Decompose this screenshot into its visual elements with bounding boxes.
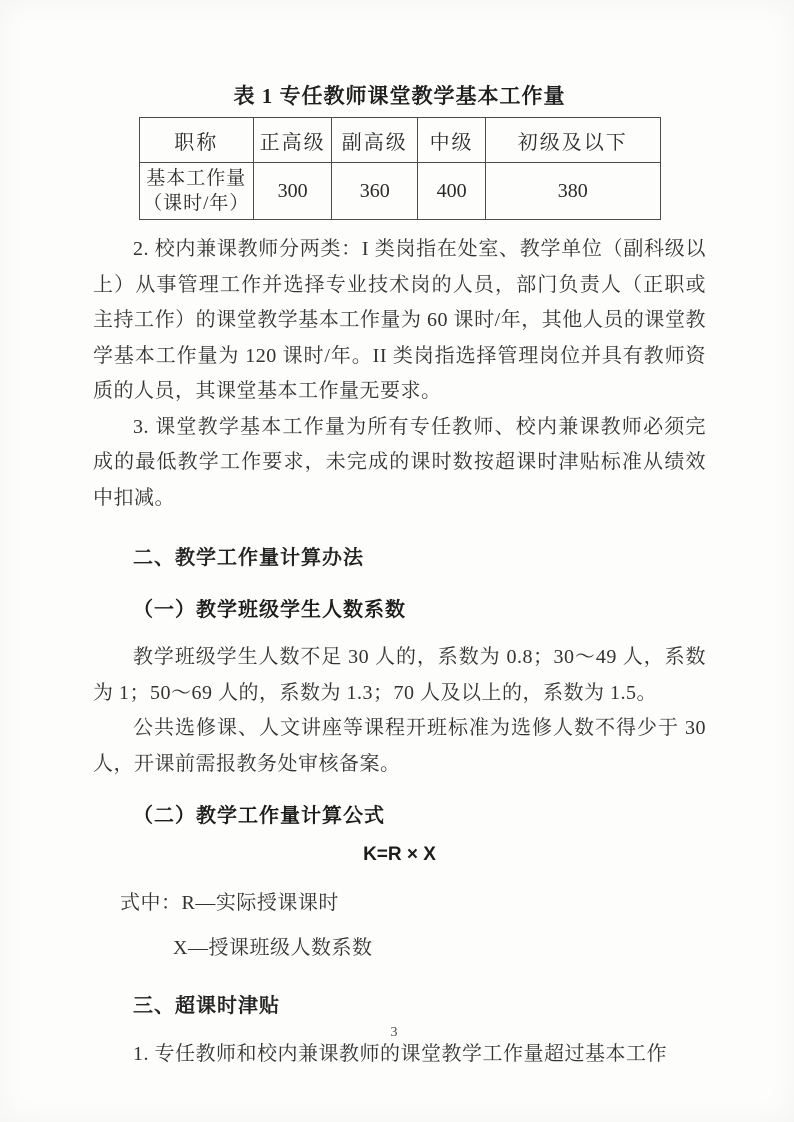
heading-section-3: 三、超课时津贴 bbox=[93, 989, 706, 1018]
paragraph-6: 1. 专任教师和校内兼课教师的课堂教学工作量超过基本工作 bbox=[93, 1037, 706, 1073]
page-number: 3 bbox=[0, 1025, 788, 1041]
document-content: 表 1 专任教师课堂教学基本工作量 职称 正高级 副高级 中级 初级及以下 基本… bbox=[93, 80, 706, 1073]
table-value-intermediate: 400 bbox=[418, 163, 486, 220]
table-data-row: 基本工作量 （课时/年） 300 360 400 380 bbox=[139, 163, 660, 220]
table-row-label-line1: 基本工作量 bbox=[146, 168, 246, 189]
heading-section-2: 二、教学工作量计算办法 bbox=[93, 541, 706, 570]
table-row-label: 基本工作量 （课时/年） bbox=[139, 163, 254, 220]
table-value-senior: 300 bbox=[254, 163, 332, 220]
table-row-label-line2: （课时/年） bbox=[143, 193, 249, 214]
heading-sub-1: （一）教学班级学生人数系数 bbox=[93, 593, 706, 622]
paragraph-5: 公共选修课、人文讲座等课程开班标准为选修人数不得少于 30 人，开课前需报教务处… bbox=[93, 711, 706, 782]
table-header-intermediate: 中级 bbox=[418, 118, 486, 163]
table-header-senior: 正高级 bbox=[254, 118, 332, 163]
table-header-title: 职称 bbox=[139, 118, 254, 163]
document-page: 表 1 专任教师课堂教学基本工作量 职称 正高级 副高级 中级 初级及以下 基本… bbox=[0, 0, 794, 1122]
paragraph-2: 2. 校内兼课教师分两类：I 类岗指在处室、教学单位（副科级以上）从事管理工作并… bbox=[93, 232, 706, 410]
workload-table: 职称 正高级 副高级 中级 初级及以下 基本工作量 （课时/年） 300 360… bbox=[139, 117, 661, 220]
table-header-junior: 初级及以下 bbox=[485, 118, 660, 163]
table-header-associate: 副高级 bbox=[332, 118, 418, 163]
table-value-junior: 380 bbox=[485, 163, 660, 220]
paragraph-3: 3. 课堂教学基本工作量为所有专任教师、校内兼课教师必须完成的最低教学工作要求，… bbox=[93, 410, 706, 517]
table-header-row: 职称 正高级 副高级 中级 初级及以下 bbox=[139, 118, 660, 163]
formula-note-line2: X—授课班级人数系数 bbox=[93, 931, 706, 960]
formula-note-line1: 式中：R—实际授课课时 bbox=[93, 886, 706, 915]
heading-sub-2: （二）教学工作量计算公式 bbox=[93, 799, 706, 828]
formula-equation: K=R × X bbox=[93, 844, 706, 866]
paragraph-4: 教学班级学生人数不足 30 人的，系数为 0.8；30～49 人，系数为 1；5… bbox=[93, 640, 706, 711]
table-value-associate: 360 bbox=[332, 163, 418, 220]
table-title: 表 1 专任教师课堂教学基本工作量 bbox=[93, 80, 706, 110]
